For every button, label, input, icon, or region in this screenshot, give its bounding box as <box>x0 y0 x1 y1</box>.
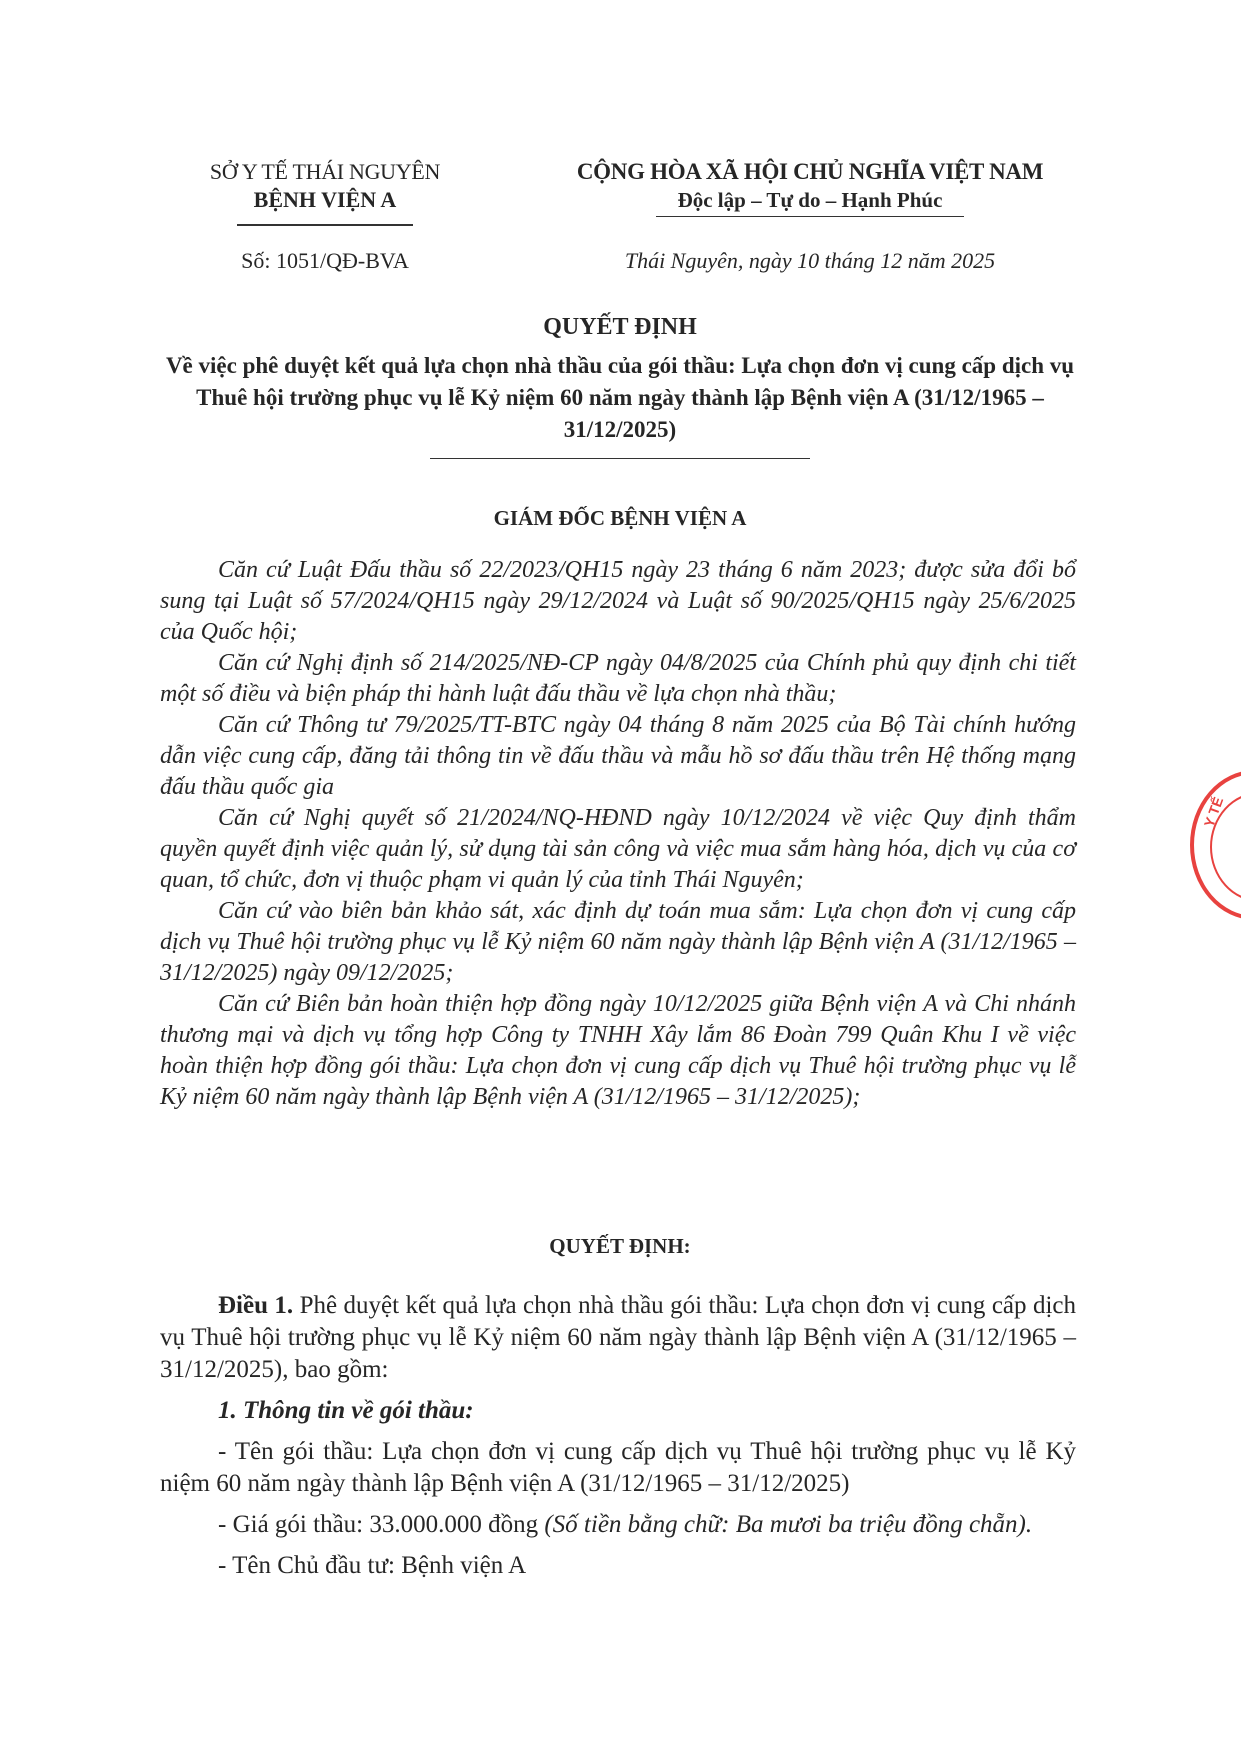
legal-basis-item: Căn cứ Nghị quyết số 21/2024/NQ-HĐND ngà… <box>160 803 1076 896</box>
article-label: Điều 1. <box>218 1292 293 1319</box>
divider <box>430 458 810 459</box>
document-number: Số: 1051/QĐ-BVA <box>160 248 490 274</box>
national-title-block: CỘNG HÒA XÃ HỘI CHỦ NGHĨA VIỆT NAM Độc l… <box>540 158 1080 217</box>
legal-basis-item: Căn cứ Nghị định số 214/2025/NĐ-CP ngày … <box>160 648 1076 710</box>
document-subject: Về việc phê duyệt kết quả lựa chọn nhà t… <box>150 350 1090 446</box>
decision-heading: QUYẾT ĐỊNH: <box>150 1234 1090 1259</box>
legal-basis-item: Căn cứ Biên bản hoàn thiện hợp đồng ngày… <box>160 989 1076 1113</box>
legal-basis-item: Căn cứ Luật Đấu thầu số 22/2023/QH15 ngà… <box>160 555 1076 648</box>
article-text: Phê duyệt kết quả lựa chọn nhà thầu gói … <box>160 1292 1076 1383</box>
divider <box>237 224 413 226</box>
place-date: Thái Nguyên, ngày 10 tháng 12 năm 2025 <box>540 248 1080 274</box>
legal-basis: Căn cứ Luật Đấu thầu số 22/2023/QH15 ngà… <box>160 555 1076 1113</box>
issuer-heading: GIÁM ĐỐC BỆNH VIỆN A <box>150 506 1090 531</box>
national-title: CỘNG HÒA XÃ HỘI CHỦ NGHĨA VIỆT NAM <box>540 158 1080 186</box>
package-price: - Giá gói thầu: 33.000.000 đồng (Số tiền… <box>160 1509 1076 1541</box>
package-name: - Tên gói thầu: Lựa chọn đơn vị cung cấp… <box>160 1436 1076 1500</box>
article-1: Điều 1. Phê duyệt kết quả lựa chọn nhà t… <box>160 1290 1076 1591</box>
legal-basis-item: Căn cứ vào biên bản khảo sát, xác định d… <box>160 896 1076 989</box>
agency-name: SỞ Y TẾ THÁI NGUYÊN <box>160 158 490 186</box>
organization-name: BỆNH VIỆN A <box>160 186 490 214</box>
article-1-intro: Điều 1. Phê duyệt kết quả lựa chọn nhà t… <box>160 1290 1076 1386</box>
section-heading: 1. Thông tin về gói thầu: <box>160 1395 1076 1427</box>
national-motto: Độc lập – Tự do – Hạnh Phúc <box>656 186 965 217</box>
investor-name: - Tên Chủ đầu tư: Bệnh viện A <box>160 1550 1076 1582</box>
legal-basis-item: Căn cứ Thông tư 79/2025/TT-BTC ngày 04 t… <box>160 710 1076 803</box>
package-price-words: (Số tiền bằng chữ: Ba mươi ba triệu đồng… <box>544 1511 1032 1538</box>
document-title-block: QUYẾT ĐỊNH Về việc phê duyệt kết quả lựa… <box>150 312 1090 459</box>
package-price-value: - Giá gói thầu: 33.000.000 đồng <box>218 1511 544 1538</box>
document-title: QUYẾT ĐỊNH <box>150 312 1090 342</box>
issuing-agency-block: SỞ Y TẾ THÁI NGUYÊN BỆNH VIỆN A <box>160 158 490 226</box>
official-seal-stamp: Y TẾ <box>1190 770 1241 920</box>
